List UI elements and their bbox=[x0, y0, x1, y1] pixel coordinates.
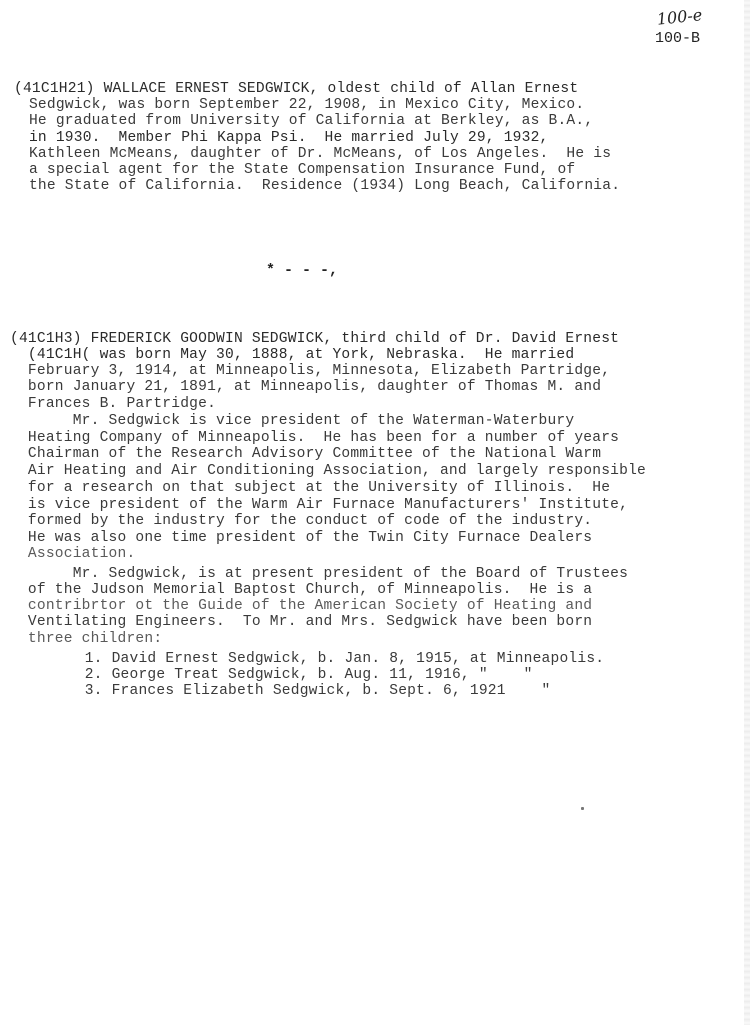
child-list-item: 3. Frances Elizabeth Sedgwick, b. Sept. … bbox=[22, 683, 551, 699]
entry-line: Mr. Sedgwick, is at present president of… bbox=[10, 566, 628, 582]
entry-line: three children: bbox=[10, 631, 162, 647]
entry-line: He was also one time president of the Tw… bbox=[10, 530, 592, 546]
entry-line: for a research on that subject at the Un… bbox=[10, 480, 610, 496]
entry-line: Sedgwick, was born September 22, 1908, i… bbox=[20, 97, 584, 113]
entry-line: a special agent for the State Compensati… bbox=[20, 162, 575, 178]
entry-line: He graduated from University of Californ… bbox=[20, 113, 593, 129]
scan-speck bbox=[581, 807, 584, 810]
entry-line: is vice president of the Warm Air Furnac… bbox=[10, 497, 628, 513]
document-page: 100-e 100-B (41C1H21) WALLACE ERNEST SED… bbox=[0, 0, 750, 1025]
entry-line: contribrtor ot the Guide of the American… bbox=[10, 598, 592, 614]
child-list-item: 1. David Ernest Sedgwick, b. Jan. 8, 191… bbox=[22, 651, 604, 667]
entry-line: Ventilating Engineers. To Mr. and Mrs. S… bbox=[10, 614, 592, 630]
entry-line: Association. bbox=[10, 546, 135, 562]
child-list-item: 2. George Treat Sedgwick, b. Aug. 11, 19… bbox=[22, 667, 533, 683]
entry-line: (41C1H3) FREDERICK GOODWIN SEDGWICK, thi… bbox=[10, 331, 619, 347]
entry-line: Kathleen McMeans, daughter of Dr. McMean… bbox=[20, 146, 611, 162]
entry-line: (41C1H21) WALLACE ERNEST SEDGWICK, oldes… bbox=[14, 81, 578, 97]
entry-line: Air Heating and Air Conditioning Associa… bbox=[10, 463, 646, 479]
entry-line: born January 21, 1891, at Minneapolis, d… bbox=[10, 379, 601, 395]
entry-line: the State of California. Residence (1934… bbox=[20, 178, 620, 194]
entry-line: formed by the industry for the conduct o… bbox=[10, 513, 592, 529]
entry-line: in 1930. Member Phi Kappa Psi. He marrie… bbox=[20, 130, 549, 146]
entry-line: Mr. Sedgwick is vice president of the Wa… bbox=[10, 413, 574, 429]
typed-page-number: 100-B bbox=[655, 30, 735, 48]
section-separator: * - - -, bbox=[266, 262, 338, 279]
entry-line: Chairman of the Research Advisory Commit… bbox=[10, 446, 601, 462]
page-number: 100-e 100-B bbox=[655, 10, 735, 48]
entry-line: (41C1H( was born May 30, 1888, at York, … bbox=[10, 347, 574, 363]
entry-line: of the Judson Memorial Baptost Church, o… bbox=[10, 582, 592, 598]
entry-line: February 3, 1914, at Minneapolis, Minnes… bbox=[10, 363, 610, 379]
scan-edge-artifact bbox=[744, 0, 750, 1025]
entry-line: Heating Company of Minneapolis. He has b… bbox=[10, 430, 619, 446]
handwritten-page-number: 100-e bbox=[654, 2, 736, 30]
entry-line: Frances B. Partridge. bbox=[10, 396, 216, 412]
